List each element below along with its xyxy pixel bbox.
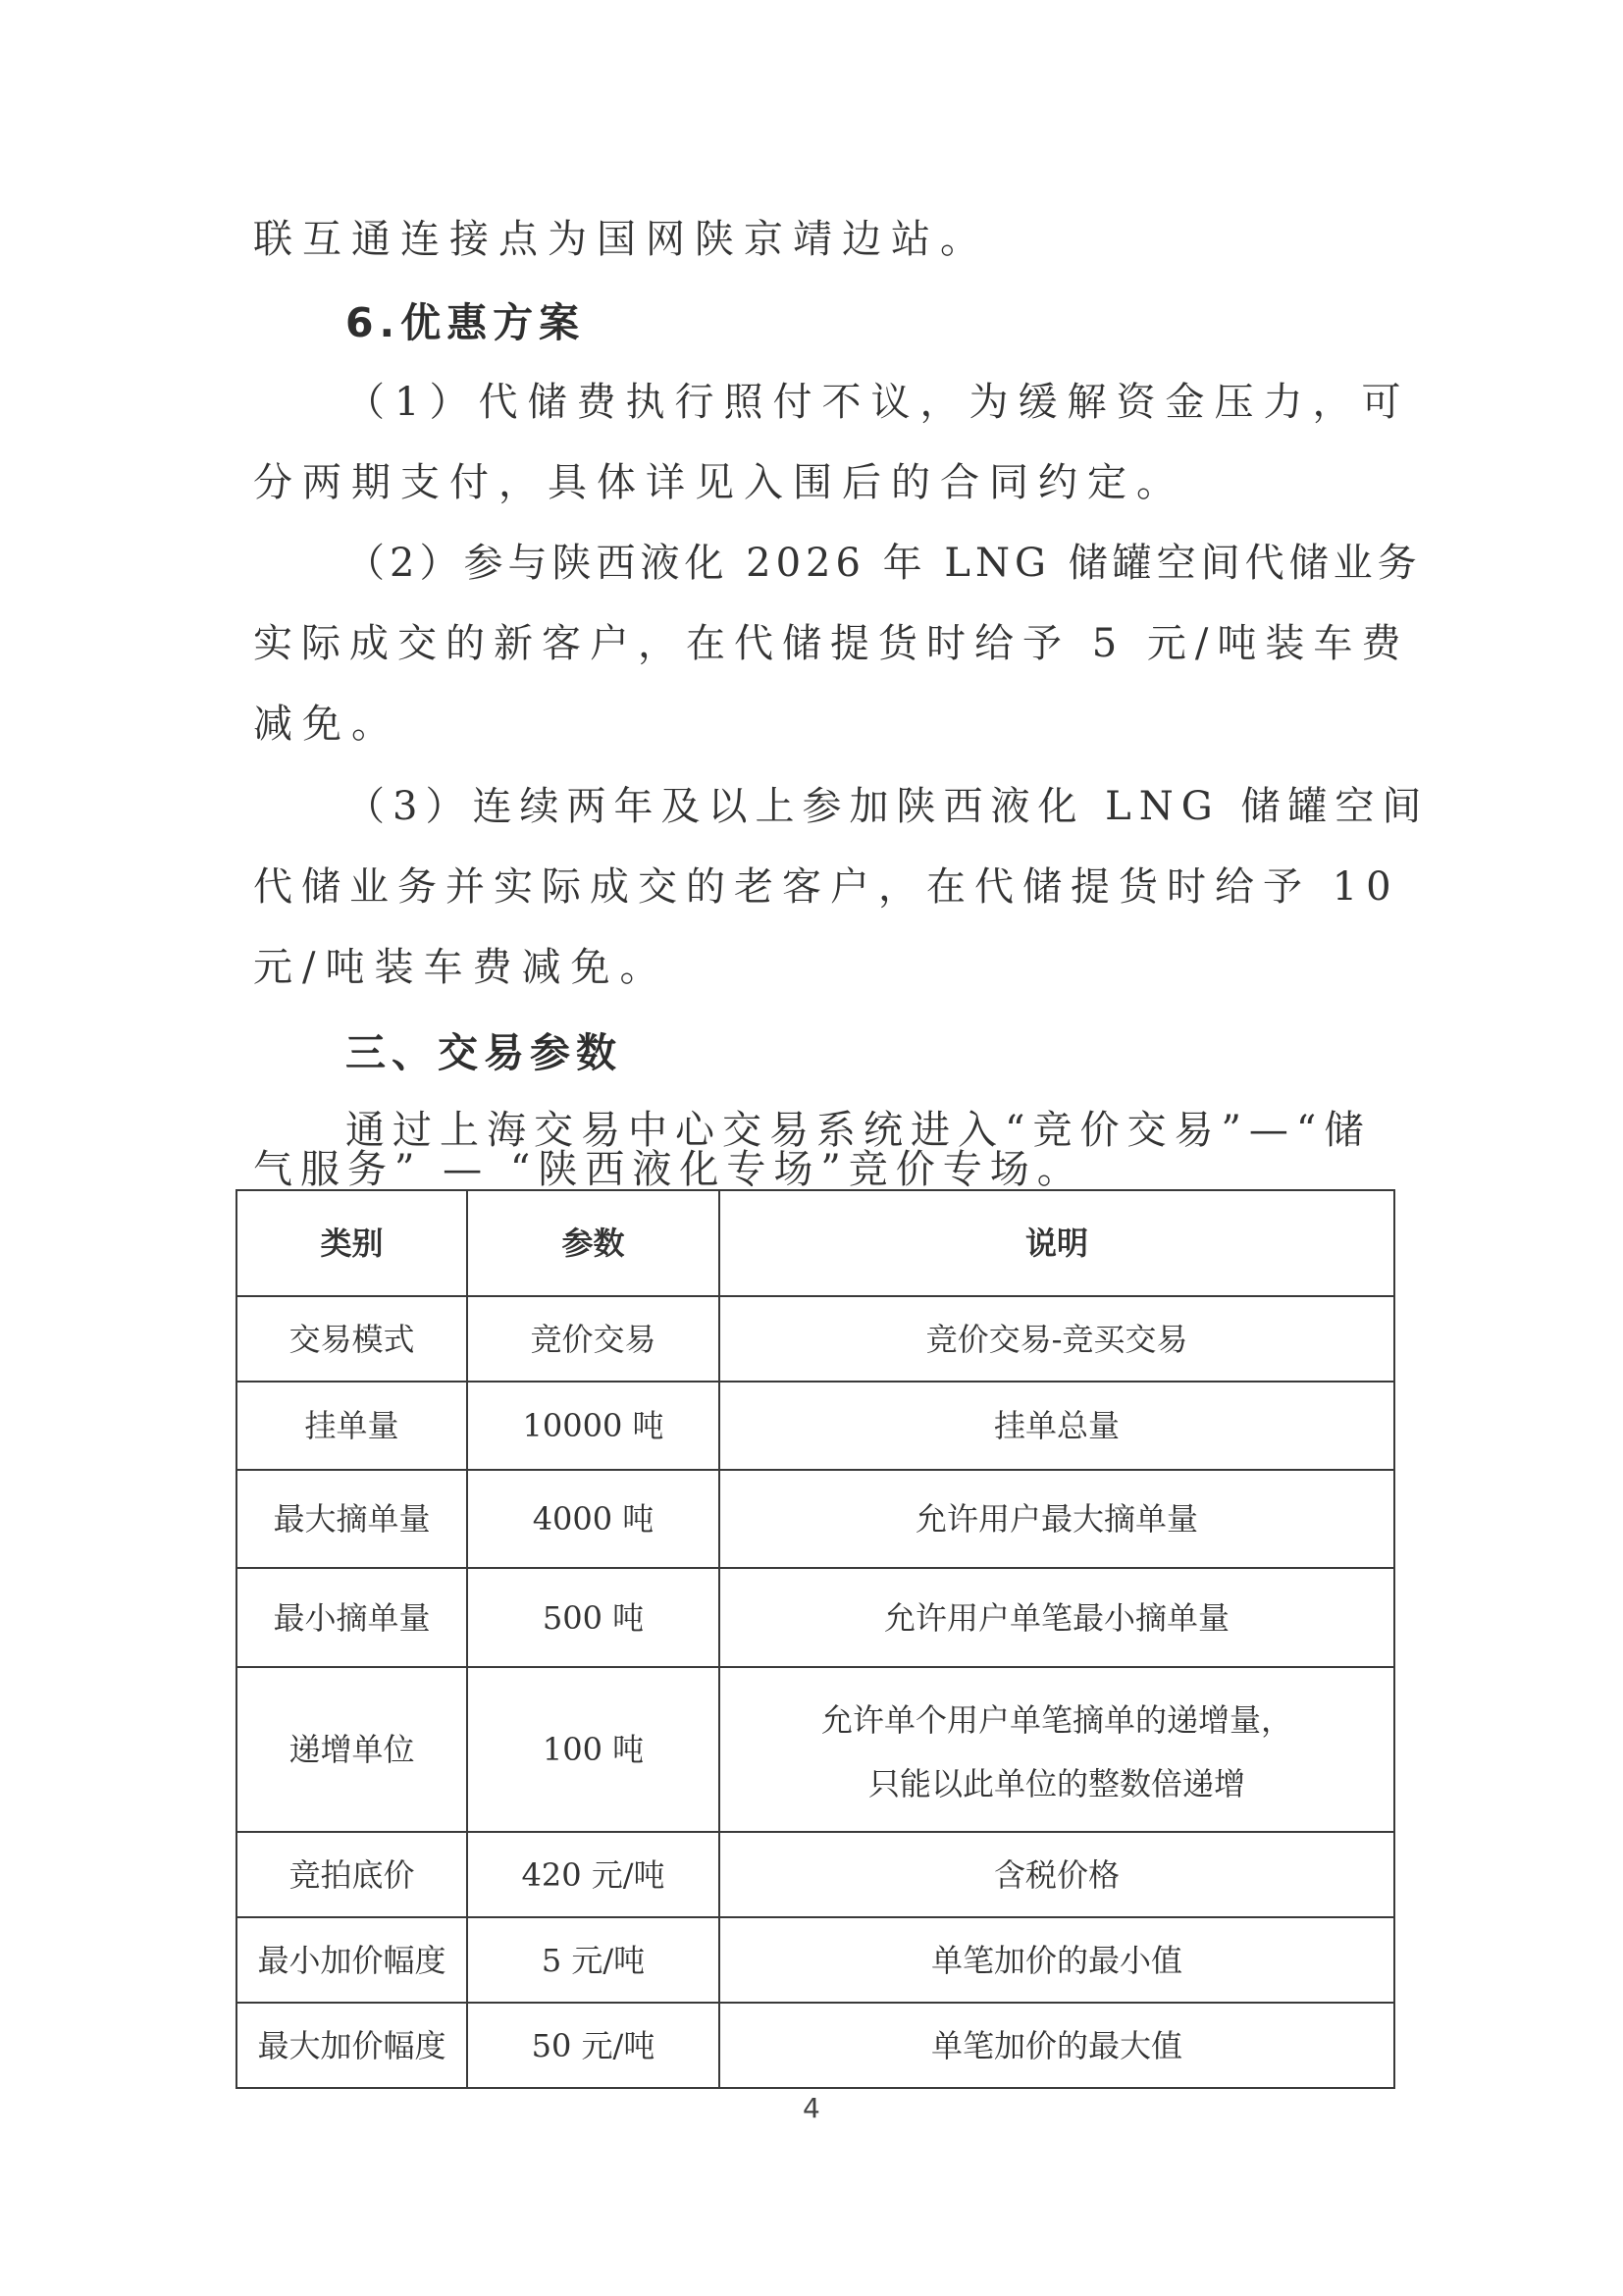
section-heading: 三、交易参数 <box>345 1020 622 1078</box>
cell-desc-line: 只能以此单位的整数倍递增 <box>720 1754 1393 1813</box>
table-row: 最小加价幅度 5 元/吨 单笔加价的最小值 <box>236 1917 1394 2003</box>
trade-params-table: 类别 参数 说明 交易模式 竞价交易 竞价交易-竞买交易 挂单量 10000 吨… <box>236 1189 1395 2089</box>
cell-desc: 单笔加价的最大值 <box>719 2003 1394 2088</box>
cell-desc: 含税价格 <box>719 1832 1394 1917</box>
body-text-line: 实际成交的新客户，在代储提货时给予 5 元/吨装车费 <box>253 612 1409 668</box>
body-text-line: （2）参与陕西液化 2026 年 LNG 储罐空间代储业务 <box>345 532 1422 588</box>
cell-category: 交易模式 <box>236 1296 467 1382</box>
cell-category: 最大加价幅度 <box>236 2003 467 2088</box>
header-param: 参数 <box>467 1190 719 1296</box>
cell-param: 4000 吨 <box>467 1470 719 1568</box>
cell-param: 50 元/吨 <box>467 2003 719 2088</box>
header-desc: 说明 <box>719 1190 1394 1296</box>
cell-category: 最小加价幅度 <box>236 1917 467 2003</box>
body-text-line: 分两期支付，具体详见入围后的合同约定。 <box>253 451 1185 507</box>
table-row: 最大加价幅度 50 元/吨 单笔加价的最大值 <box>236 2003 1394 2088</box>
cell-desc: 允许用户单笔最小摘单量 <box>719 1568 1394 1667</box>
body-text-line: 减免。 <box>253 693 400 749</box>
cell-category: 最大摘单量 <box>236 1470 467 1568</box>
subsection-heading: 6.优惠方案 <box>345 290 585 348</box>
cell-desc: 竞价交易-竞买交易 <box>719 1296 1394 1382</box>
cell-desc: 允许单个用户单笔摘单的递增量， 只能以此单位的整数倍递增 <box>719 1667 1394 1832</box>
cell-param: 竞价交易 <box>467 1296 719 1382</box>
table-row: 交易模式 竞价交易 竞价交易-竞买交易 <box>236 1296 1394 1382</box>
page-number: 4 <box>803 2092 820 2124</box>
table-row: 挂单量 10000 吨 挂单总量 <box>236 1382 1394 1470</box>
cell-desc-line: 允许单个用户单笔摘单的递增量， <box>720 1686 1393 1754</box>
body-text-line: 代储业务并实际成交的老客户，在代储提货时给予 10 <box>253 856 1400 912</box>
cell-category: 竞拍底价 <box>236 1832 467 1917</box>
table-row: 最大摘单量 4000 吨 允许用户最大摘单量 <box>236 1470 1394 1568</box>
table-header-row: 类别 参数 说明 <box>236 1190 1394 1296</box>
body-text-line: （1）代储费执行照付不议，为缓解资金压力，可 <box>345 371 1410 427</box>
table-row: 最小摘单量 500 吨 允许用户单笔最小摘单量 <box>236 1568 1394 1667</box>
table-row: 递增单位 100 吨 允许单个用户单笔摘单的递增量， 只能以此单位的整数倍递增 <box>236 1667 1394 1832</box>
cell-category: 最小摘单量 <box>236 1568 467 1667</box>
cell-param: 420 元/吨 <box>467 1832 719 1917</box>
cell-desc: 单笔加价的最小值 <box>719 1917 1394 2003</box>
cell-param: 10000 吨 <box>467 1382 719 1470</box>
body-text-line: 气服务” — “陕西液化专场”竞价专场。 <box>253 1138 1084 1194</box>
header-category: 类别 <box>236 1190 467 1296</box>
cell-param: 5 元/吨 <box>467 1917 719 2003</box>
cell-category: 递增单位 <box>236 1667 467 1832</box>
cell-desc: 挂单总量 <box>719 1382 1394 1470</box>
cell-category: 挂单量 <box>236 1382 467 1470</box>
table-row: 竞拍底价 420 元/吨 含税价格 <box>236 1832 1394 1917</box>
cell-desc: 允许用户最大摘单量 <box>719 1470 1394 1568</box>
cell-param: 100 吨 <box>467 1667 719 1832</box>
body-text-line: （3）连续两年及以上参加陕西液化 LNG 储罐空间 <box>345 775 1429 831</box>
cell-param: 500 吨 <box>467 1568 719 1667</box>
body-text-line: 联互通连接点为国网陕京靖边站。 <box>253 208 989 264</box>
body-text-line: 元/吨装车费减免。 <box>253 936 668 992</box>
